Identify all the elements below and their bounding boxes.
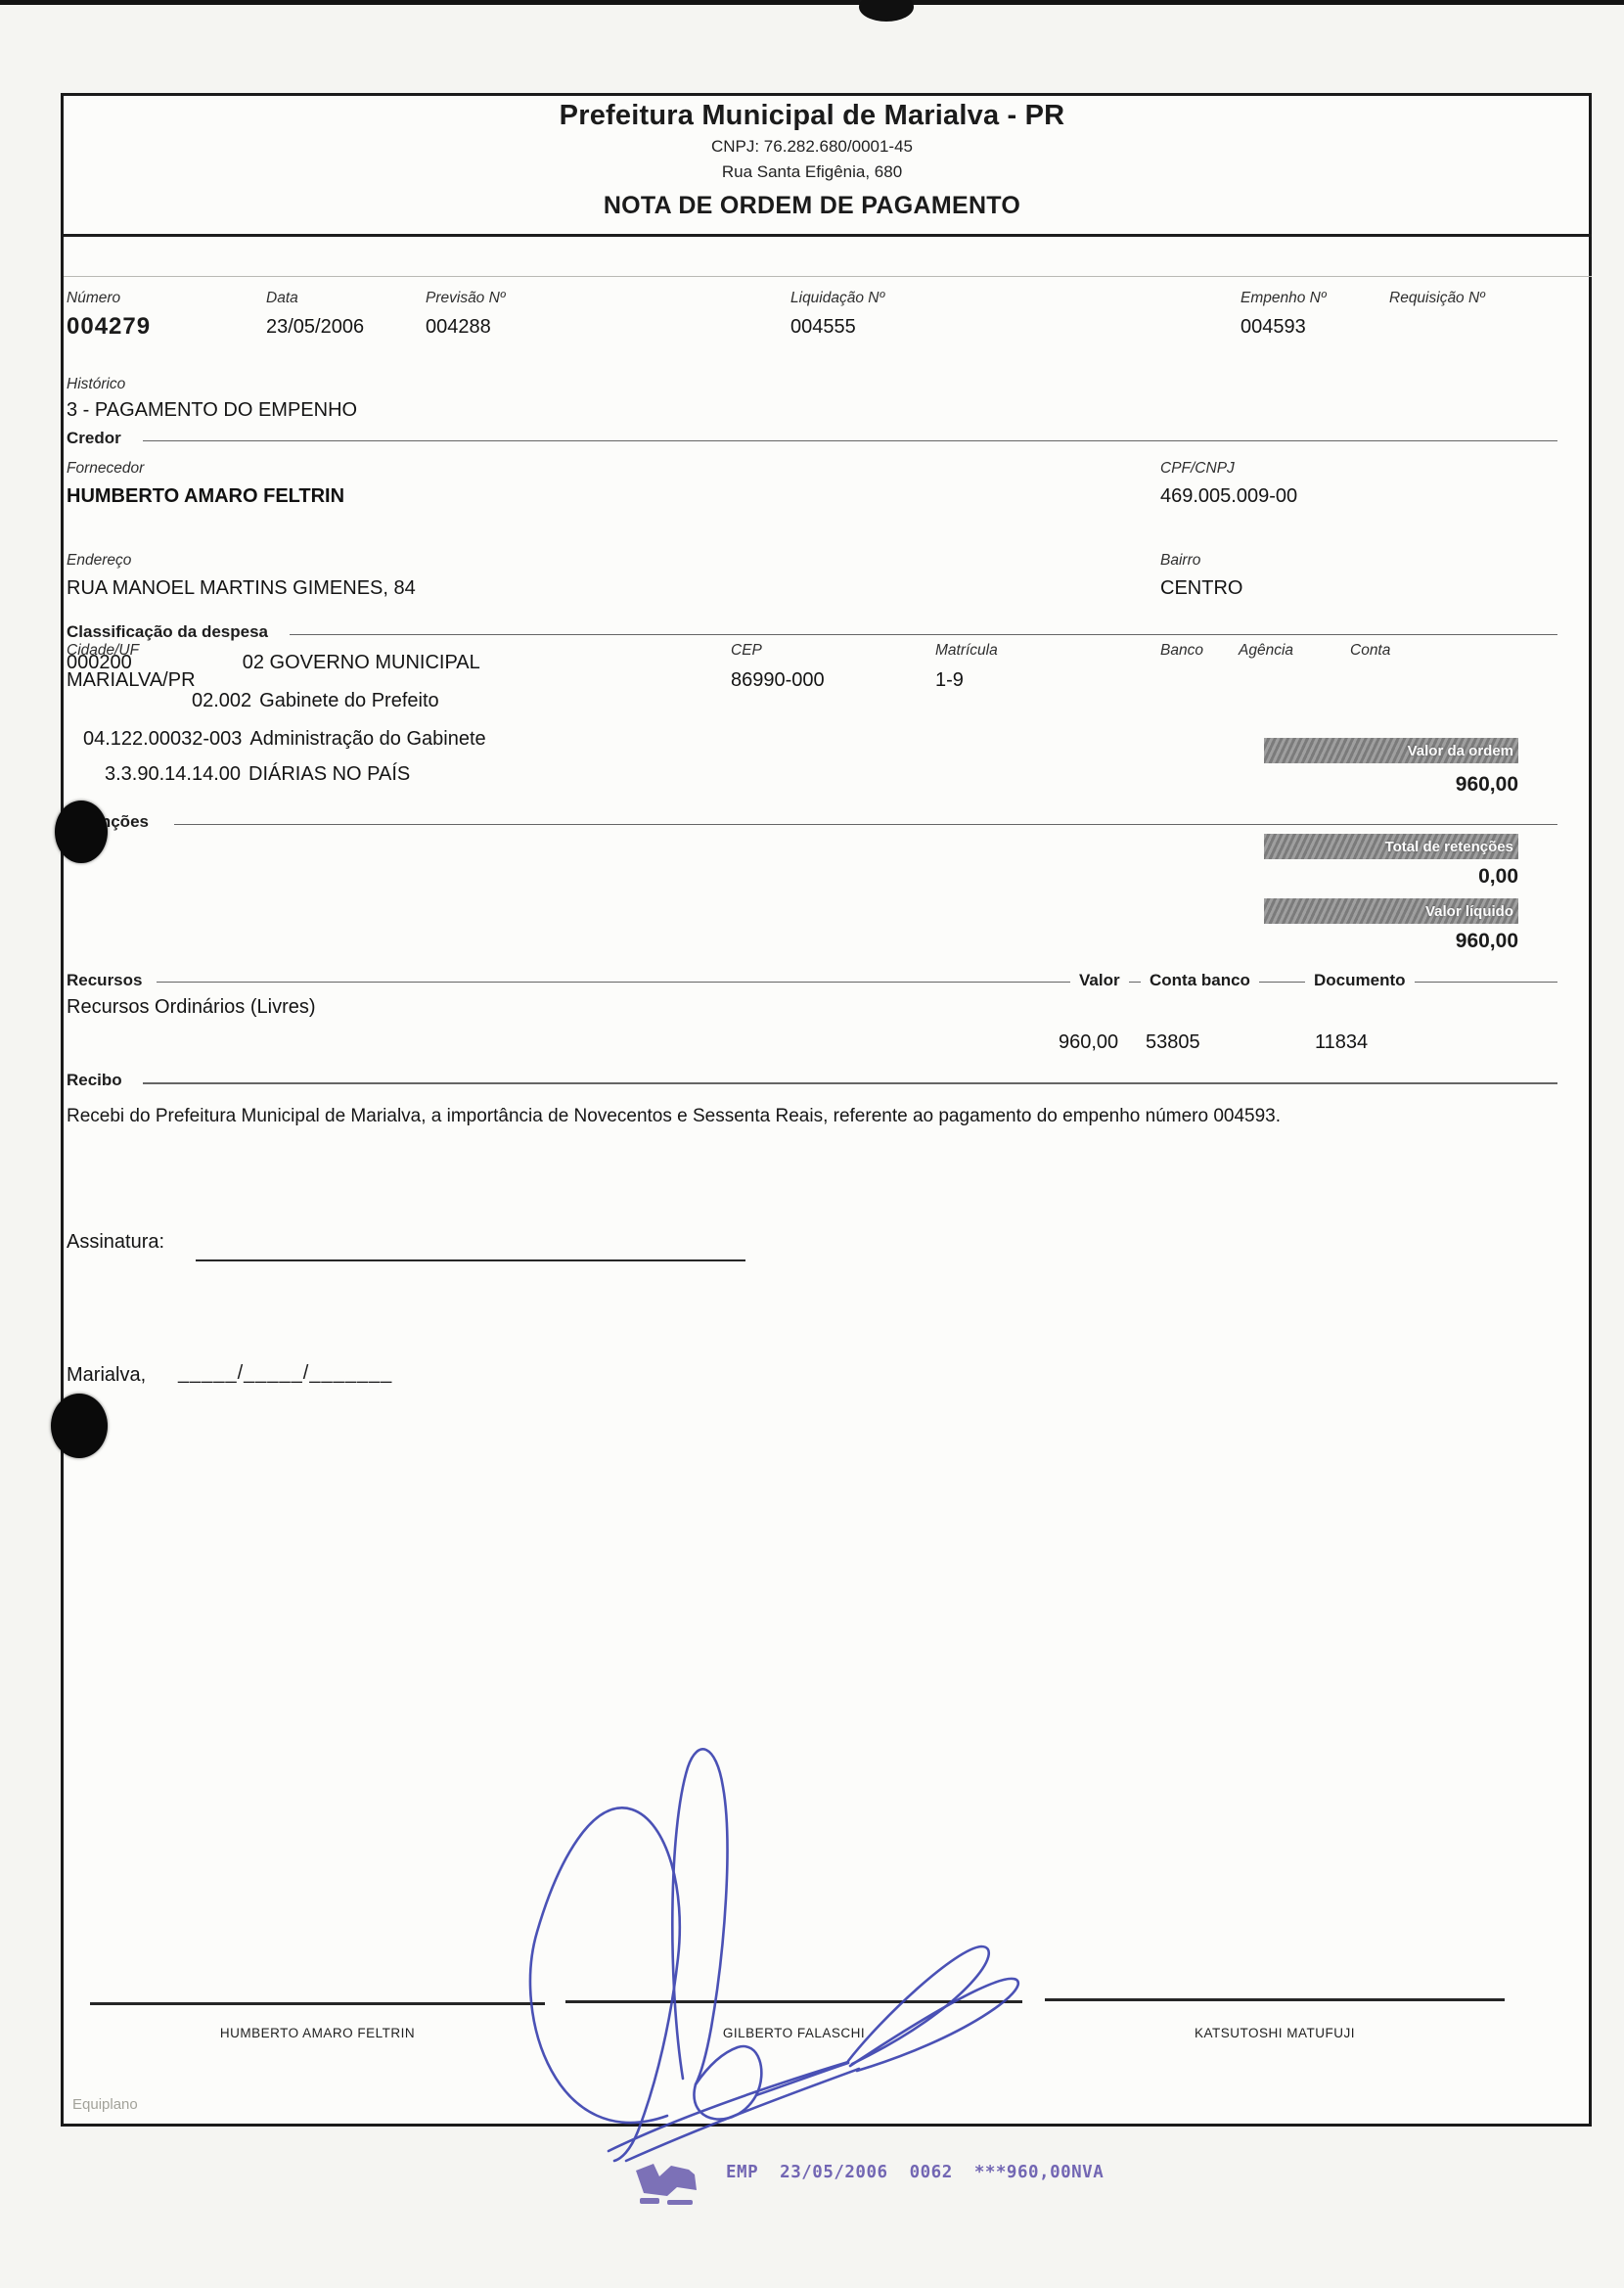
- endereco-label: Endereço: [67, 552, 131, 570]
- total-retencoes-value: 0,00: [1478, 865, 1518, 889]
- numero-value: 004279: [67, 313, 151, 341]
- classificacao-codigo: 3.3.90.14.14.00: [105, 763, 241, 785]
- credor-section-label: Credor: [67, 429, 121, 448]
- data-value: 23/05/2006: [266, 316, 364, 339]
- recursos-conta-banco: 53805: [1146, 1031, 1200, 1054]
- empenho-value: 004593: [1241, 316, 1306, 339]
- classificacao-descricao: Administração do Gabinete: [249, 728, 485, 750]
- empenho-label: Empenho Nº: [1241, 290, 1327, 307]
- valor-da-ordem-label: Valor da ordem: [1408, 743, 1518, 759]
- org-name: Prefeitura Municipal de Marialva - PR: [0, 100, 1624, 132]
- marialva-date-label: Marialva,: [67, 1364, 146, 1387]
- recibo-texto: Recebi do Prefeitura Municipal de Marial…: [67, 1106, 1578, 1127]
- cep-label: CEP: [731, 642, 762, 660]
- recursos-documento: 11834: [1315, 1031, 1368, 1054]
- valor-da-ordem-value: 960,00: [1456, 773, 1518, 797]
- signature-line-3: [1045, 1998, 1505, 2001]
- recursos-valor: 960,00: [1059, 1031, 1118, 1054]
- classificacao-descricao: DIÁRIAS NO PAÍS: [248, 763, 410, 785]
- classificacao-section-label: Classificação da despesa: [67, 622, 268, 642]
- matricula-label: Matrícula: [935, 642, 998, 660]
- classificacao-codigo: 000200: [67, 652, 132, 673]
- recursos-col-documento: Documento: [1305, 971, 1415, 990]
- classificacao-descricao: Gabinete do Prefeito: [259, 690, 438, 711]
- header-divider-thin: [64, 276, 1592, 277]
- bairro-label: Bairro: [1160, 552, 1200, 570]
- banco-label: Banco: [1160, 642, 1203, 660]
- numero-label: Número: [67, 290, 120, 307]
- org-cnpj: CNPJ: 76.282.680/0001-45: [0, 137, 1624, 157]
- bank-stamp-text: EMP 23/05/2006 0062 ***960,00NVA: [726, 2163, 1104, 2182]
- punch-hole: [51, 1394, 108, 1458]
- recursos-col-conta-banco: Conta banco: [1141, 971, 1259, 990]
- liquidacao-value: 004555: [790, 316, 856, 339]
- historico-label: Histórico: [67, 376, 125, 393]
- bairro-value: CENTRO: [1160, 577, 1242, 600]
- requisicao-label: Requisição Nº: [1389, 290, 1485, 307]
- total-retencoes-label: Total de retenções: [1385, 839, 1518, 855]
- total-retencoes-bar: Total de retenções: [1264, 834, 1518, 859]
- org-address: Rua Santa Efigênia, 680: [0, 162, 1624, 182]
- classificacao-row: 02.002Gabinete do Prefeito: [192, 690, 439, 712]
- valor-liquido-label: Valor líquido: [1425, 903, 1518, 920]
- liquidacao-label: Liquidação Nº: [790, 290, 884, 307]
- recibo-section-label: Recibo: [67, 1071, 122, 1090]
- assinatura-line: [196, 1259, 745, 1261]
- previsao-value: 004288: [426, 316, 491, 339]
- classificacao-section-rule: [290, 634, 1557, 635]
- scan-blob-artifact: [859, 0, 914, 22]
- signatory-name-3: KATSUTOSHI MATUFUJI: [1045, 2026, 1505, 2040]
- retencoes-section-rule: [174, 824, 1557, 825]
- valor-da-ordem-bar: Valor da ordem: [1264, 738, 1518, 763]
- punch-hole: [55, 801, 108, 863]
- previsao-label: Previsão Nº: [426, 290, 505, 307]
- fornecedor-value: HUMBERTO AMARO FELTRIN: [67, 485, 344, 508]
- header-divider: [64, 234, 1592, 237]
- recursos-fonte: Recursos Ordinários (Livres): [67, 996, 316, 1019]
- scan-edge-artifact: [0, 0, 1624, 5]
- vendor-watermark: Equiplano: [72, 2096, 138, 2113]
- recursos-col-valor: Valor: [1070, 971, 1129, 990]
- historico-value: 3 - PAGAMENTO DO EMPENHO: [67, 399, 357, 422]
- cpf-cnpj-value: 469.005.009-00: [1160, 485, 1297, 508]
- classificacao-row: 3.3.90.14.14.00DIÁRIAS NO PAÍS: [105, 763, 410, 786]
- endereco-value: RUA MANOEL MARTINS GIMENES, 84: [67, 577, 416, 600]
- classificacao-row: 00020002 GOVERNO MUNICIPAL: [67, 652, 480, 674]
- handwritten-signature: [421, 1693, 1066, 2163]
- document-title: NOTA DE ORDEM DE PAGAMENTO: [0, 192, 1624, 220]
- credor-section-rule: [143, 440, 1557, 441]
- valor-liquido-value: 960,00: [1456, 930, 1518, 953]
- agencia-label: Agência: [1239, 642, 1293, 660]
- valor-liquido-bar: Valor líquido: [1264, 898, 1518, 924]
- matricula-value: 1-9: [935, 669, 964, 692]
- scanned-document-page: Prefeitura Municipal de Marialva - PR CN…: [0, 0, 1624, 2288]
- classificacao-descricao: 02 GOVERNO MUNICIPAL: [243, 652, 480, 673]
- classificacao-codigo: 02.002: [192, 690, 251, 711]
- recursos-section-label: Recursos: [67, 971, 150, 990]
- classificacao-row: 04.122.00032-003Administração do Gabinet…: [83, 728, 486, 751]
- assinatura-label: Assinatura:: [67, 1231, 164, 1254]
- conta-label: Conta: [1350, 642, 1390, 660]
- cep-value: 86990-000: [731, 669, 825, 692]
- cpf-cnpj-label: CPF/CNPJ: [1160, 460, 1235, 478]
- fornecedor-label: Fornecedor: [67, 460, 144, 478]
- marialva-date-blanks: _____/_____/_______: [178, 1362, 392, 1385]
- classificacao-codigo: 04.122.00032-003: [83, 728, 242, 750]
- recibo-section-rule: [143, 1082, 1557, 1084]
- data-label: Data: [266, 290, 298, 307]
